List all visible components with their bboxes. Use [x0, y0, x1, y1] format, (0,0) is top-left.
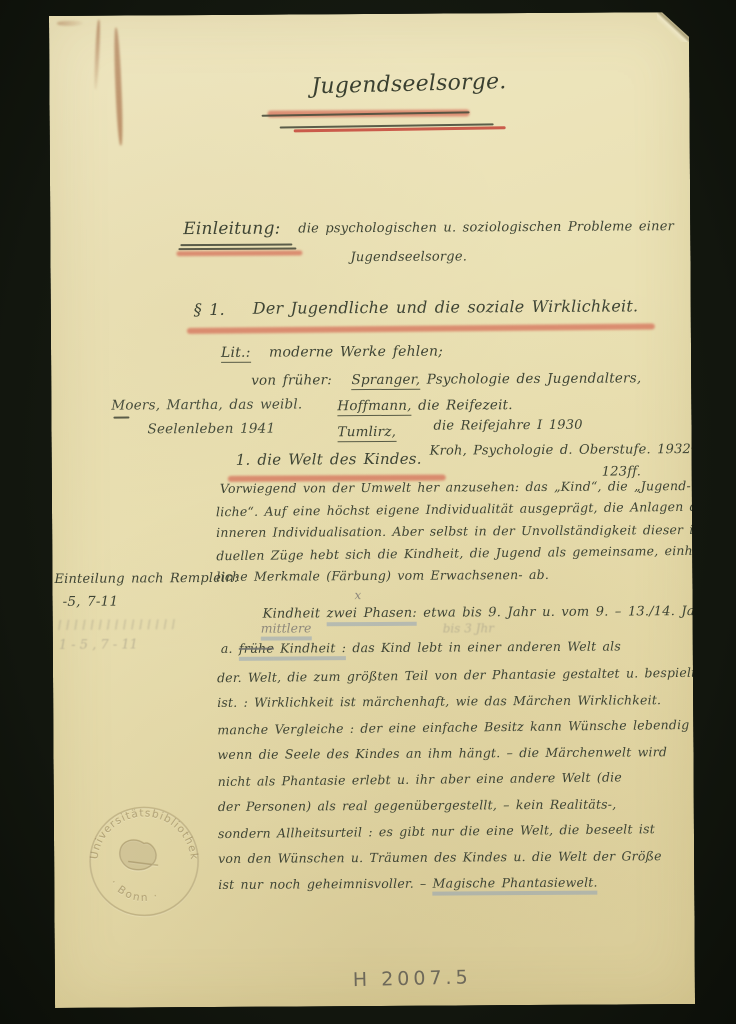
- phases-rest: etwa bis 9. Jahr u. vom 9. – 13./14. Jah…: [417, 604, 718, 621]
- section-a-struck-word: frühe: [239, 641, 274, 661]
- paragraph1-line: inneren Individualisation. Aber selbst i…: [216, 522, 730, 540]
- section-a-line: ist. : Wirklichkeit ist märchenhaft, wie…: [217, 692, 661, 710]
- lit-spranger-author: Spranger,: [351, 372, 420, 390]
- section-a-line: von den Wünschen u. Träumen des Kindes u…: [218, 848, 662, 866]
- intro-line1: die psychologischen u. soziologischen Pr…: [298, 219, 674, 236]
- lit-hoffmann-title: die Reifezeit.: [418, 397, 513, 414]
- section-a-line: sondern Allheitsurteil : es gibt nur die…: [218, 821, 655, 841]
- pencil-scribble: [57, 619, 177, 630]
- intro-line2: Jugendseelsorge.: [350, 249, 467, 265]
- lit-moers-line1: Moers, Martha, das weibl.: [111, 396, 302, 413]
- intro-underline-crayon: [176, 250, 302, 256]
- moers-underline: [113, 416, 129, 418]
- manuscript-page: 7 Jugendseelsorge. Einleitung: die psych…: [49, 12, 695, 1008]
- lit-tumlirz-title: die Reifejahre I 1930: [433, 418, 582, 434]
- rust-stain: [113, 27, 124, 145]
- section-a-line: der. Welt, die zum größten Teil von der …: [217, 665, 696, 685]
- section-a-final-phrase: Magische Phantasiewelt.: [433, 875, 598, 896]
- intro-label: Einleitung:: [183, 219, 280, 240]
- margin-note-faint: 1 - 5 , 7 - 11: [59, 637, 138, 652]
- paragraph1-line: duellen Züge hebt sich die Kindheit, die…: [216, 543, 714, 564]
- lit-note: moderne Werke fehlen;: [269, 344, 443, 361]
- section-a-line: manche Vergleiche : der eine einfache Be…: [217, 716, 736, 737]
- library-emboss-stamp: Universitätsbibliothek · Bonn ·: [84, 801, 205, 922]
- svg-text:· Bonn ·: · Bonn ·: [107, 877, 160, 904]
- pencil-note: bis 3 Jhr: [443, 621, 494, 635]
- inserted-word-mittlere: mittlere: [261, 620, 312, 640]
- subsection-heading: 1. die Welt des Kindes.: [236, 450, 422, 469]
- pencil-x-mark: x: [354, 588, 361, 602]
- lit-tumlirz-author-line: Tumlirz,: [337, 424, 396, 440]
- lit-from-earlier: von früher:: [251, 372, 332, 388]
- intro-underline-ink: [180, 243, 292, 246]
- lit-label-line: Lit.:: [221, 345, 251, 361]
- margin-note-line1: Einteilung nach Remplein:: [54, 571, 238, 587]
- photograph-background: 7 Jugendseelsorge. Einleitung: die psych…: [0, 0, 736, 1024]
- section-a-first-line-rest: das Kind lebt in einer anderen Welt als: [346, 638, 621, 655]
- section-a-first-line: a. frühe Kindheit : das Kind lebt in ein…: [221, 638, 621, 655]
- phases-line: Kindheit zwei Phasen: etwa bis 9. Jahr u…: [263, 604, 718, 622]
- spacer: [338, 372, 345, 388]
- section-a-line: nicht als Phantasie erlebt u. ihr aber e…: [218, 769, 622, 789]
- shelfmark: H 2007.5: [353, 966, 472, 991]
- phases-intro: Kindheit: [263, 606, 327, 621]
- lit-tumlirz-author: Tumlirz,: [337, 424, 396, 442]
- section-a-final-rest: ist nur noch geheimnisvoller. –: [218, 876, 432, 892]
- folded-corner: [657, 10, 691, 42]
- paragraph1-line: liche Merkmale (Färbung) vom Erwachsenen…: [216, 567, 549, 584]
- section1-heading: Der Jugendliche und die soziale Wirklich…: [253, 296, 639, 317]
- lit-kroh-line: Kroh, Psychologie d. Oberstufe. 1932⁵: [430, 442, 697, 459]
- lit-label: Lit.:: [221, 345, 251, 363]
- section-a-line: wenn die Seele des Kindes an ihm hängt. …: [217, 744, 667, 762]
- section1-number: § 1.: [194, 300, 225, 319]
- section-a-marker: a.: [221, 641, 239, 656]
- rust-stain: [57, 21, 83, 26]
- phases-underlined: zwei Phasen:: [327, 606, 417, 627]
- section-a-keyword: Kindheit :: [274, 640, 346, 660]
- margin-note-line2: -5, 7-11: [63, 594, 119, 610]
- section-a-final-line: ist nur noch geheimnisvoller. – Magische…: [218, 875, 597, 892]
- lit-hoffmann-author: Hoffmann,: [337, 398, 411, 416]
- lit-kroh-pages: 123ff.: [602, 464, 641, 479]
- paragraph1-line: liche“. Auf eine höchst eigene Individua…: [216, 499, 712, 520]
- page-title: Jugendseelsorge.: [311, 69, 507, 99]
- stamp-emblem: [120, 840, 159, 870]
- section-a-line: der Personen) als real gegenübergestellt…: [218, 797, 617, 814]
- paragraph1-line: Vorwiegend von der Umwelt her anzusehen:…: [220, 478, 691, 496]
- lit-spranger-line: von früher: Spranger, Psychologie des Ju…: [251, 370, 641, 388]
- lit-hoffmann-line: Hoffmann, die Reifezeit.: [337, 397, 512, 414]
- section1-underline-crayon: [187, 323, 655, 333]
- stamp-bottom-text: · Bonn ·: [107, 877, 160, 904]
- lit-spranger-title: Psychologie des Jugendalters,: [427, 370, 642, 387]
- lit-moers-line2: Seelenleben 1941: [147, 421, 275, 438]
- page-number: 7: [698, 22, 708, 40]
- rust-stain: [94, 20, 101, 90]
